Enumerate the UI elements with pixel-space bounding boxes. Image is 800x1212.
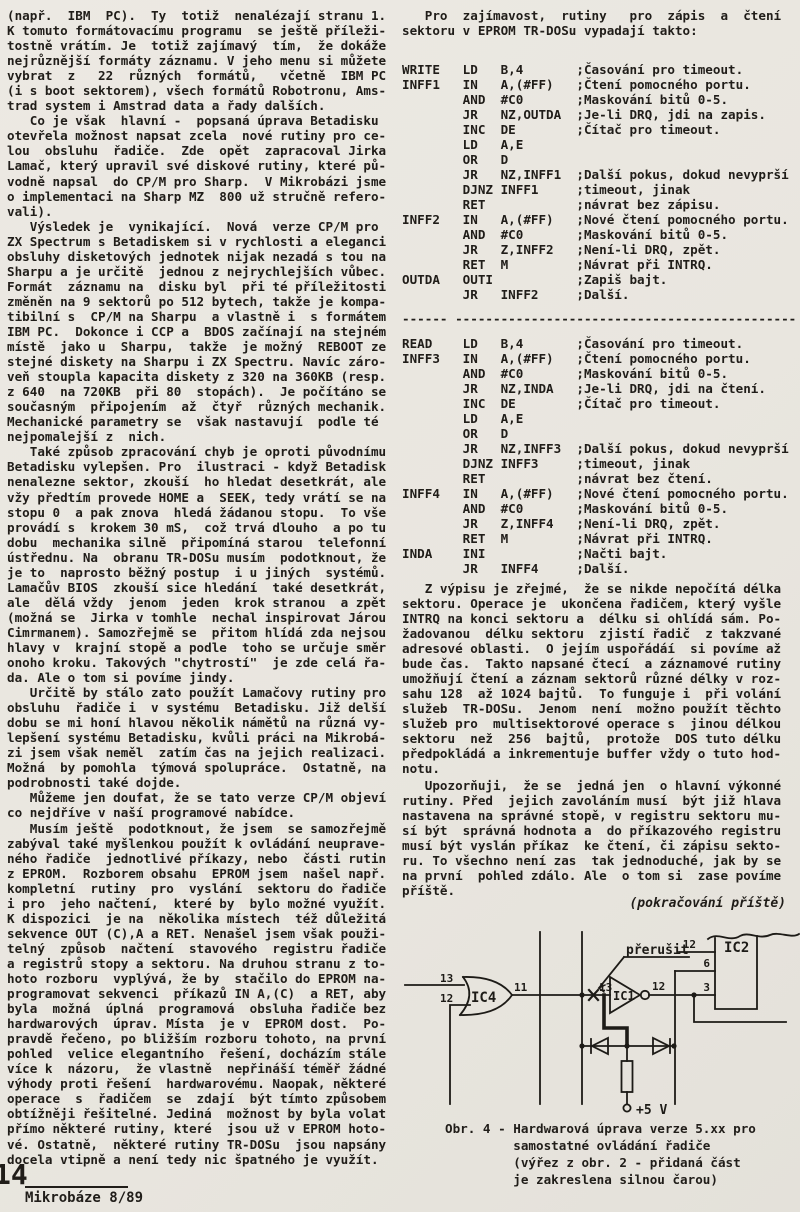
junction-dot [579,992,584,997]
paragraph: Musím ještě podotknout, že jsem se samoz… [7,821,399,1167]
pin-label: 3 [703,981,710,994]
footer-text: Mikrobáze 8/89 [25,1190,143,1206]
footer-rule [25,1186,128,1188]
paragraph: Výsledek je vynikající. Nová verze CP/M … [7,219,399,445]
inverter-label: IC1 [613,989,635,1003]
chip-label: IC2 [724,940,749,956]
body-paragraph: Upozorňuji, že se jedná jen o hlavní výk… [402,778,781,898]
body-paragraph: Z výpisu je zřejmé, že se nikde nepočítá… [402,581,781,776]
code-separator: ------ ---------------------------------… [402,311,796,326]
figure-caption: Obr. 4 - Hardwarová úprava verze 5.xx pr… [445,1120,756,1188]
code-listing-read: READ LD B,4 ;Časování pro timeout. INFF3… [402,336,789,576]
pin-label: 6 [703,957,710,970]
junction-dot [579,1043,584,1048]
page-number: 14 [0,1158,28,1191]
left-column: (např. IBM PC). Ty totiž nenalézají stra… [7,8,399,1167]
pin-label: 12 [652,980,665,993]
intro-paragraph: Pro zajímavost, rutiny pro zápis a čtení… [402,8,781,38]
resistor [622,1046,633,1104]
circuit-diagram: 13 12 IC4 11 přerušit 13 [402,905,800,1120]
pin-label: 12 [683,938,696,951]
pin-label: 13 [599,981,612,994]
paragraph: Můžeme jen doufat, že se tato verze CP/M… [7,790,399,820]
supply-terminal: +5 V [623,1103,667,1118]
pin-label: 12 [440,992,453,1005]
code-listing-write: WRITE LD B,4 ;Časování pro timeout. INFF… [402,62,789,302]
paragraph: Také způsob zpracování chyb je oproti pů… [7,444,399,685]
right-column: Pro zajímavost, rutiny pro zápis a čtení… [402,0,800,1212]
pin-label: 11 [514,981,528,994]
paragraph: Co je však hlavní - popsaná úprava Betad… [7,113,399,218]
paragraph: (např. IBM PC). Ty totiž nenalézají stra… [7,8,399,113]
interrupt-label: přerušit [626,943,689,958]
gate-label: IC4 [471,990,496,1006]
pin-label: 13 [440,972,453,985]
magazine-page: (např. IBM PC). Ty totiž nenalézají stra… [0,0,800,1212]
junction-dot [671,1043,676,1048]
supply-label: +5 V [636,1103,667,1118]
paragraph: Určitě by stálo zato použít Lamačovy rut… [7,685,399,790]
or-gate: 13 12 IC4 11 [405,972,528,1104]
